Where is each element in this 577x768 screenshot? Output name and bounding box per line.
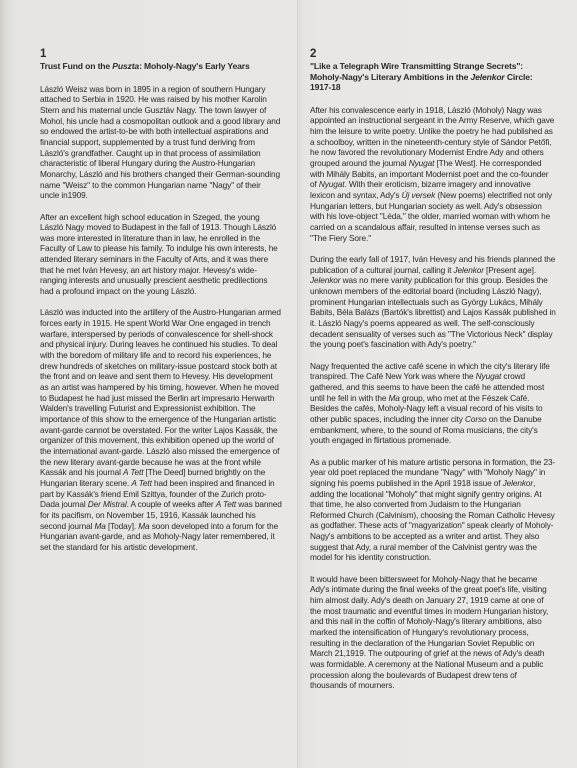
italic-title-text: Corso — [465, 414, 487, 424]
paragraph-text: was no mere vanity publication for this … — [310, 275, 556, 349]
italic-title-text: Nyugat — [476, 371, 502, 381]
paragraph: It would have been bittersweet for Mohol… — [310, 574, 556, 691]
paragraph-text: László was inducted into the artillery o… — [40, 307, 281, 477]
paragraph-text: [Present age]. — [484, 265, 536, 275]
italic-title-text: A Tett — [216, 499, 236, 509]
paragraph: László Weisz was born in 1895 in a regio… — [40, 84, 282, 201]
italic-title-text: Jelenkor — [503, 478, 533, 488]
italic-title-text: Nyugat — [409, 158, 435, 168]
left-page-column: 1 Trust Fund on the Puszta: Moholy-Nagy'… — [40, 48, 282, 563]
book-spread: 1 Trust Fund on the Puszta: Moholy-Nagy'… — [0, 0, 577, 768]
italic-title-text: Nyugat — [319, 179, 345, 189]
paragraph-text: László Weisz was born in 1895 in a regio… — [40, 84, 280, 201]
chapter-title-italic: Puszta — [112, 61, 139, 71]
italic-title-text: Der Mistral — [88, 499, 127, 509]
italic-title-text: Új versek — [402, 190, 436, 200]
chapter-title-text: Trust Fund on the — [40, 61, 112, 71]
page-fold — [297, 0, 299, 768]
paragraph: During the early fall of 1917, Iván Heve… — [310, 254, 556, 350]
paragraph: As a public marker of his mature artisti… — [310, 457, 556, 564]
paragraph-text: , adding the locational "Moholy" that mi… — [310, 478, 555, 563]
italic-title-text: Ma — [138, 521, 149, 531]
body-text: László Weisz was born in 1895 in a regio… — [40, 84, 282, 553]
italic-title-text: Jelenkor — [310, 275, 340, 285]
italic-title-text: Ma — [94, 521, 105, 531]
chapter-title-italic: Jelenkor — [470, 72, 504, 82]
chapter-title: "Like a Telegraph Wire Transmitting Stra… — [310, 61, 556, 93]
paragraph-text: After an excellent high school education… — [40, 212, 278, 297]
paragraph: After an excellent high school education… — [40, 212, 282, 297]
body-text: After his convalescence early in 1918, L… — [310, 105, 556, 691]
chapter-number: 2 — [310, 48, 556, 60]
right-page-column: 2 "Like a Telegraph Wire Transmitting St… — [310, 48, 556, 702]
italic-title-text: A Tett — [131, 478, 151, 488]
paragraph: Nagy frequented the active café scene in… — [310, 361, 556, 446]
paragraph: After his convalescence early in 1918, L… — [310, 105, 556, 244]
chapter-number: 1 — [40, 48, 282, 60]
paragraph-text: It would have been bittersweet for Mohol… — [310, 574, 548, 691]
chapter-title-text: : Moholy-Nagy's Early Years — [139, 61, 250, 71]
italic-title-text: Ma — [389, 393, 400, 403]
paragraph-text: [Today]. — [106, 521, 138, 531]
italic-title-text: A Tett — [123, 467, 143, 477]
paragraph: László was inducted into the artillery o… — [40, 307, 282, 552]
paragraph-text: . A couple of weeks after — [127, 499, 216, 509]
italic-title-text: Jelenkor — [453, 265, 483, 275]
chapter-title: Trust Fund on the Puszta: Moholy-Nagy's … — [40, 61, 282, 72]
